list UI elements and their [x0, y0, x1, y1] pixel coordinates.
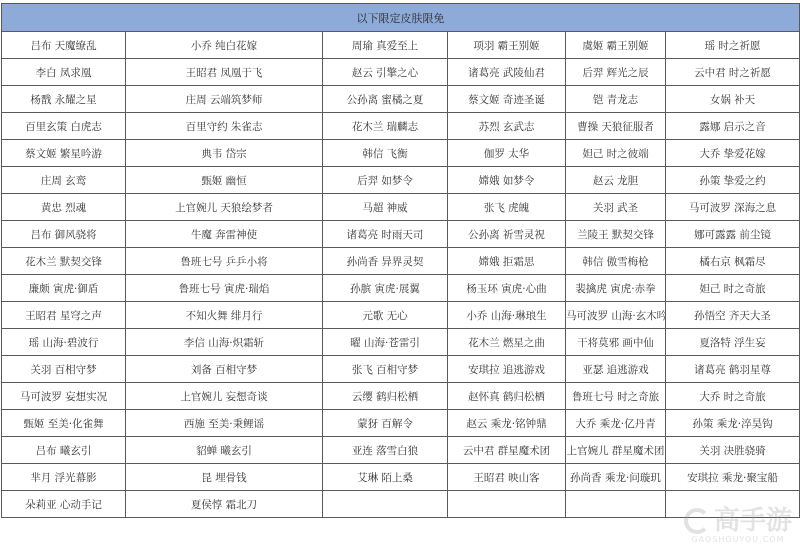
table-cell: 兰陵王 默契交锋 — [566, 221, 666, 248]
table-cell: 鲁班七号 时之奇旅 — [566, 383, 666, 410]
table-cell: 芈月 浮光幕影 — [2, 464, 126, 491]
table-cell: 孙尚香 乘龙·问璇玑 — [566, 464, 666, 491]
table-cell — [323, 491, 448, 518]
table-cell: 诸葛亮 武陵仙君 — [448, 59, 566, 86]
table-cell: 鲁班七号 寅虎·瑞焰 — [126, 275, 323, 302]
table-cell: 赵怀真 鹤归松栖 — [448, 383, 566, 410]
table-cell: 夏侯惇 霜北刀 — [126, 491, 323, 518]
table-cell: 干将莫邪 画中仙 — [566, 329, 666, 356]
table-cell: 朵莉亚 心动手记 — [2, 491, 126, 518]
table-cell: 后羿 辉光之辰 — [566, 59, 666, 86]
table-header-row: 以下限定皮肤限免 — [2, 4, 800, 32]
table-cell: 王昭君 凤凰于飞 — [126, 59, 323, 86]
watermark-subtext: GAOSHOUYOU.COM — [691, 535, 784, 544]
table-cell: 花木兰 瑞麟志 — [323, 113, 448, 140]
table-cell: 孙策 乘龙·淬昊钩 — [666, 410, 800, 437]
table-row: 甄姬 至美·化雀舞西施 至美·秉鲤谣蒙犽 百解令赵云 乘龙·铭钟鼎大乔 乘龙·亿… — [2, 410, 800, 437]
table-cell: 关羽 百相守梦 — [2, 356, 126, 383]
table-row: 朵莉亚 心动手记夏侯惇 霜北刀 — [2, 491, 800, 518]
table-cell — [666, 491, 800, 518]
table-cell: 李信 山海·炽霜斩 — [126, 329, 323, 356]
table-cell: 伽罗 太华 — [448, 140, 566, 167]
table-cell: 张飞 虎魄 — [448, 194, 566, 221]
table-cell — [448, 491, 566, 518]
table-cell: 裴擒虎 寅虎·赤拳 — [566, 275, 666, 302]
table-cell: 百里玄策 白虎志 — [2, 113, 126, 140]
table-cell: 赵云 引擎之心 — [323, 59, 448, 86]
table-cell: 孙膑 寅虎·展翼 — [323, 275, 448, 302]
table-cell: 公孙离 蜜橘之夏 — [323, 86, 448, 113]
table-cell: 鲁班七号 乒乒小将 — [126, 248, 323, 275]
table-cell: 橘右京 枫霜尽 — [666, 248, 800, 275]
table-cell: 大乔 时之奇旅 — [666, 383, 800, 410]
table-cell: 典韦 岱宗 — [126, 140, 323, 167]
table-cell: 瑶 时之祈愿 — [666, 32, 800, 59]
table-cell: 马超 神威 — [323, 194, 448, 221]
table-cell: 韩信 飞衡 — [323, 140, 448, 167]
table-cell: 曹操 天狼征服者 — [566, 113, 666, 140]
table-row: 马可波罗 妄想实况上官婉儿 妄想奇谈云缨 鹤归松栖赵怀真 鹤归松栖鲁班七号 时之… — [2, 383, 800, 410]
table-cell: 西施 至美·秉鲤谣 — [126, 410, 323, 437]
table-cell: 关羽 决胜骁骑 — [666, 437, 800, 464]
table-title: 以下限定皮肤限免 — [2, 4, 800, 32]
table-cell: 王昭君 星穹之声 — [2, 302, 126, 329]
table-row: 庄周 玄鸾甄姬 幽恒后羿 如梦令嫦娥 如梦令赵云 龙胆孙策 挚爱之约 — [2, 167, 800, 194]
table-row: 花木兰 默契交锋鲁班七号 乒乒小将孙尚香 异界灵契嫦娥 拒霜思韩信 傲雪梅枪橘右… — [2, 248, 800, 275]
table-cell: 妲己 时之奇旅 — [666, 275, 800, 302]
table-cell: 娜可露露 前尘镜 — [666, 221, 800, 248]
table-body: 吕布 天魔缭乱小乔 纯白花嫁周瑜 真爱至上项羽 霸王别姬虞姬 霸王别姬瑶 时之祈… — [2, 32, 800, 518]
table-cell: 露娜 启示之音 — [666, 113, 800, 140]
table-row: 吕布 御风骁将牛魔 奔雷神使诸葛亮 时雨天司公孙离 祈雪灵祝兰陵王 默契交锋娜可… — [2, 221, 800, 248]
table-cell: 庄周 玄鸾 — [2, 167, 126, 194]
table-cell: 小乔 纯白花嫁 — [126, 32, 323, 59]
table-cell: 赵云 乘龙·铭钟鼎 — [448, 410, 566, 437]
table-cell: 女娲 补天 — [666, 86, 800, 113]
table-cell: 铠 青龙志 — [566, 86, 666, 113]
table-cell: 李白 凤求凰 — [2, 59, 126, 86]
table-cell: 安琪拉 追逃游戏 — [448, 356, 566, 383]
table-cell: 元歌 无心 — [323, 302, 448, 329]
table-cell: 公孙离 祈雪灵祝 — [448, 221, 566, 248]
table-cell: 上官婉儿 天狼绘梦者 — [126, 194, 323, 221]
table-cell: 马可波罗 妄想实况 — [2, 383, 126, 410]
table-cell: 亚连 落雪白狼 — [323, 437, 448, 464]
table-cell: 亚瑟 追逃游戏 — [566, 356, 666, 383]
table-cell: 项羽 霸王别姬 — [448, 32, 566, 59]
table-cell: 关羽 武圣 — [566, 194, 666, 221]
table-cell: 赵云 龙胆 — [566, 167, 666, 194]
table-cell: 大乔 挚爱花嫁 — [666, 140, 800, 167]
table-cell: 蔡文姬 繁星吟游 — [2, 140, 126, 167]
table-cell: 艾琳 陌上桑 — [323, 464, 448, 491]
table-row: 杨戬 永耀之星庄周 云端筑梦师公孙离 蜜橘之夏蔡文姬 奇迹圣诞铠 青龙志女娲 补… — [2, 86, 800, 113]
table-cell: 虞姬 霸王别姬 — [566, 32, 666, 59]
table-cell: 昆 埋骨钱 — [126, 464, 323, 491]
table-cell: 云缨 鹤归松栖 — [323, 383, 448, 410]
table-row: 黄忠 烈魂上官婉儿 天狼绘梦者马超 神威张飞 虎魄关羽 武圣马可波罗 深海之息 — [2, 194, 800, 221]
table-cell: 孙尚香 异界灵契 — [323, 248, 448, 275]
table-cell: 诸葛亮 时雨天司 — [323, 221, 448, 248]
table-cell: 后羿 如梦令 — [323, 167, 448, 194]
table-cell: 甄姬 至美·化雀舞 — [2, 410, 126, 437]
limited-skin-table: 以下限定皮肤限免 吕布 天魔缭乱小乔 纯白花嫁周瑜 真爱至上项羽 霸王别姬虞姬 … — [1, 3, 800, 518]
table-cell: 马可波罗 深海之息 — [666, 194, 800, 221]
table-cell: 蒙犽 百解令 — [323, 410, 448, 437]
table-cell: 诸葛亮 鹤羽星尊 — [666, 356, 800, 383]
table-cell: 花木兰 默契交锋 — [2, 248, 126, 275]
table-cell: 刘备 百相守梦 — [126, 356, 323, 383]
table-cell: 上官婉儿 群星魔术团 — [566, 437, 666, 464]
table-cell: 周瑜 真爱至上 — [323, 32, 448, 59]
table-row: 蔡文姬 繁星吟游典韦 岱宗韩信 飞衡伽罗 太华妲己 时之彼端大乔 挚爱花嫁 — [2, 140, 800, 167]
table-cell: 妲己 时之彼端 — [566, 140, 666, 167]
table-cell: 花木兰 燃星之曲 — [448, 329, 566, 356]
table-cell: 大乔 乘龙·亿丹青 — [566, 410, 666, 437]
table-cell: 庄周 云端筑梦师 — [126, 86, 323, 113]
table-cell: 瑶 山海·碧波行 — [2, 329, 126, 356]
table-cell: 王昭君 映山客 — [448, 464, 566, 491]
table-cell: 吕布 曦玄引 — [2, 437, 126, 464]
table-cell: 苏烈 玄武志 — [448, 113, 566, 140]
table-cell: 张飞 百相守梦 — [323, 356, 448, 383]
table-cell: 吕布 天魔缭乱 — [2, 32, 126, 59]
table-cell: 孙策 挚爱之约 — [666, 167, 800, 194]
table-row: 百里玄策 白虎志百里守约 朱雀志花木兰 瑞麟志苏烈 玄武志曹操 天狼征服者露娜 … — [2, 113, 800, 140]
table-cell: 牛魔 奔雷神使 — [126, 221, 323, 248]
table-cell: 杨玉环 寅虎·心曲 — [448, 275, 566, 302]
table-cell: 廉颇 寅虎·御盾 — [2, 275, 126, 302]
table-cell: 嫦娥 拒霜思 — [448, 248, 566, 275]
table-row: 吕布 曦玄引貂蝉 曦玄引亚连 落雪白狼云中君 群星魔术团上官婉儿 群星魔术团关羽… — [2, 437, 800, 464]
table-row: 芈月 浮光幕影昆 埋骨钱艾琳 陌上桑王昭君 映山客孙尚香 乘龙·问璇玑安琪拉 乘… — [2, 464, 800, 491]
table-row: 廉颇 寅虎·御盾鲁班七号 寅虎·瑞焰孙膑 寅虎·展翼杨玉环 寅虎·心曲裴擒虎 寅… — [2, 275, 800, 302]
table-cell: 嫦娥 如梦令 — [448, 167, 566, 194]
table-cell: 孙悟空 齐天大圣 — [666, 302, 800, 329]
table-cell: 不知火舞 绯月行 — [126, 302, 323, 329]
table-cell: 上官婉儿 妄想奇谈 — [126, 383, 323, 410]
table-cell: 曜 山海·苍雷引 — [323, 329, 448, 356]
table-row: 王昭君 星穹之声不知火舞 绯月行元歌 无心小乔 山海·琳琅生马可波罗 山海·玄木… — [2, 302, 800, 329]
table-cell: 小乔 山海·琳琅生 — [448, 302, 566, 329]
table-cell: 云中君 时之祈愿 — [666, 59, 800, 86]
table-cell: 杨戬 永耀之星 — [2, 86, 126, 113]
table-cell: 安琪拉 乘龙·聚宝船 — [666, 464, 800, 491]
table-cell: 甄姬 幽恒 — [126, 167, 323, 194]
table-cell — [566, 491, 666, 518]
table-cell: 貂蝉 曦玄引 — [126, 437, 323, 464]
table-cell: 云中君 群星魔术团 — [448, 437, 566, 464]
table-row: 关羽 百相守梦刘备 百相守梦张飞 百相守梦安琪拉 追逃游戏亚瑟 追逃游戏诸葛亮 … — [2, 356, 800, 383]
table-row: 瑶 山海·碧波行李信 山海·炽霜斩曜 山海·苍雷引花木兰 燃星之曲干将莫邪 画中… — [2, 329, 800, 356]
table-cell: 百里守约 朱雀志 — [126, 113, 323, 140]
table-cell: 韩信 傲雪梅枪 — [566, 248, 666, 275]
table-row: 吕布 天魔缭乱小乔 纯白花嫁周瑜 真爱至上项羽 霸王别姬虞姬 霸王别姬瑶 时之祈… — [2, 32, 800, 59]
table-cell: 蔡文姬 奇迹圣诞 — [448, 86, 566, 113]
table-cell: 马可波罗 山海·玄木吟 — [566, 302, 666, 329]
table-row: 李白 凤求凰王昭君 凤凰于飞赵云 引擎之心诸葛亮 武陵仙君后羿 辉光之辰云中君 … — [2, 59, 800, 86]
table-cell: 黄忠 烈魂 — [2, 194, 126, 221]
table-cell: 夏洛特 浮生妄 — [666, 329, 800, 356]
skin-table-container: 以下限定皮肤限免 吕布 天魔缭乱小乔 纯白花嫁周瑜 真爱至上项羽 霸王别姬虞姬 … — [1, 3, 799, 518]
table-cell: 吕布 御风骁将 — [2, 221, 126, 248]
